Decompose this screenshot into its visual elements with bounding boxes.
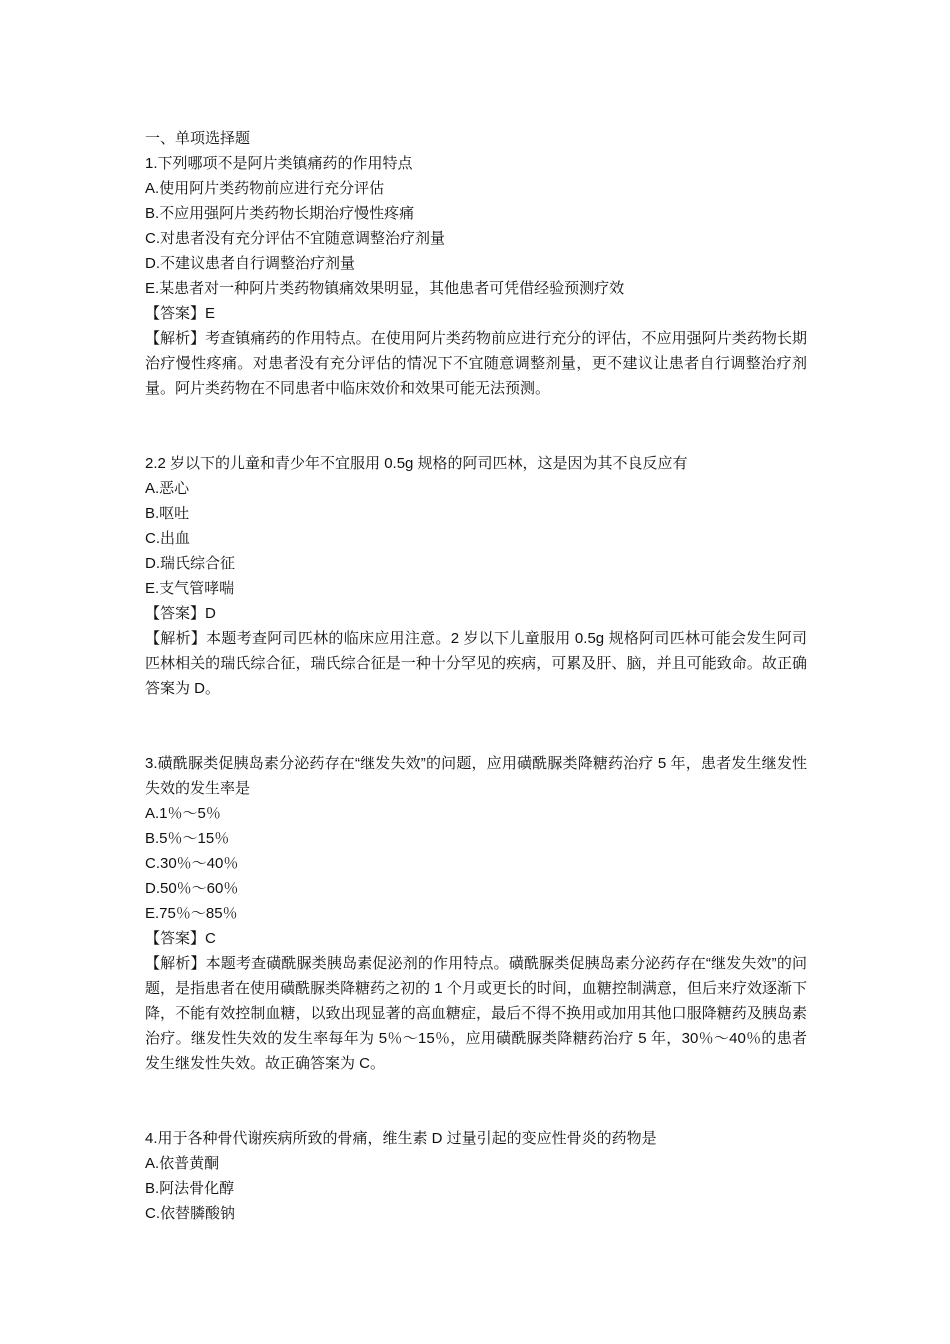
- document-page: 一、单项选择题 1.下列哪项不是阿片类镇痛药的作用特点 A.使用阿片类药物前应进…: [145, 126, 807, 1226]
- section-heading: 一、单项选择题: [145, 126, 807, 151]
- option-a: A.恶心: [145, 476, 807, 501]
- answer: 【答案】C: [145, 926, 807, 951]
- question-stem: 3.磺酰脲类促胰岛素分泌药存在“继发失效”的问题，应用磺酰脲类降糖药治疗 5 年…: [145, 751, 807, 801]
- option-b: B.阿法骨化醇: [145, 1176, 807, 1201]
- question-stem: 1.下列哪项不是阿片类镇痛药的作用特点: [145, 151, 807, 176]
- option-a: A.使用阿片类药物前应进行充分评估: [145, 176, 807, 201]
- question-2: 2.2 岁以下的儿童和青少年不宜服用 0.5g 规格的阿司匹林，这是因为其不良反…: [145, 451, 807, 701]
- option-d: D.50％～60％: [145, 876, 807, 901]
- option-c: C.30％～40％: [145, 851, 807, 876]
- question-3: 3.磺酰脲类促胰岛素分泌药存在“继发失效”的问题，应用磺酰脲类降糖药治疗 5 年…: [145, 751, 807, 1076]
- answer: 【答案】D: [145, 601, 807, 626]
- option-a: A.依普黄酮: [145, 1151, 807, 1176]
- question-stem: 2.2 岁以下的儿童和青少年不宜服用 0.5g 规格的阿司匹林，这是因为其不良反…: [145, 451, 807, 476]
- option-e: E.支气管哮喘: [145, 576, 807, 601]
- spacer: [145, 701, 807, 751]
- question-1: 1.下列哪项不是阿片类镇痛药的作用特点 A.使用阿片类药物前应进行充分评估 B.…: [145, 151, 807, 401]
- option-b: B.不应用强阿片类药物长期治疗慢性疼痛: [145, 201, 807, 226]
- analysis: 【解析】考查镇痛药的作用特点。在使用阿片类药物前应进行充分的评估，不应用强阿片类…: [145, 326, 807, 401]
- option-a: A.1％～5％: [145, 801, 807, 826]
- option-d: D.不建议患者自行调整治疗剂量: [145, 251, 807, 276]
- spacer: [145, 401, 807, 451]
- option-b: B.呕吐: [145, 501, 807, 526]
- analysis: 【解析】本题考查磺酰脲类胰岛素促泌剂的作用特点。磺酰脲类促胰岛素分泌药存在“继发…: [145, 951, 807, 1076]
- answer: 【答案】E: [145, 301, 807, 326]
- question-stem: 4.用于各种骨代谢疾病所致的骨痛，维生素 D 过量引起的变应性骨炎的药物是: [145, 1126, 807, 1151]
- spacer: [145, 1076, 807, 1126]
- option-d: D.瑞氏综合征: [145, 551, 807, 576]
- option-c: C.出血: [145, 526, 807, 551]
- question-4: 4.用于各种骨代谢疾病所致的骨痛，维生素 D 过量引起的变应性骨炎的药物是 A.…: [145, 1126, 807, 1226]
- option-c: C.依替膦酸钠: [145, 1201, 807, 1226]
- analysis: 【解析】本题考查阿司匹林的临床应用注意。2 岁以下儿童服用 0.5g 规格阿司匹…: [145, 626, 807, 701]
- option-b: B.5％～15％: [145, 826, 807, 851]
- option-e: E.某患者对一种阿片类药物镇痛效果明显，其他患者可凭借经验预测疗效: [145, 276, 807, 301]
- option-e: E.75％～85％: [145, 901, 807, 926]
- option-c: C.对患者没有充分评估不宜随意调整治疗剂量: [145, 226, 807, 251]
